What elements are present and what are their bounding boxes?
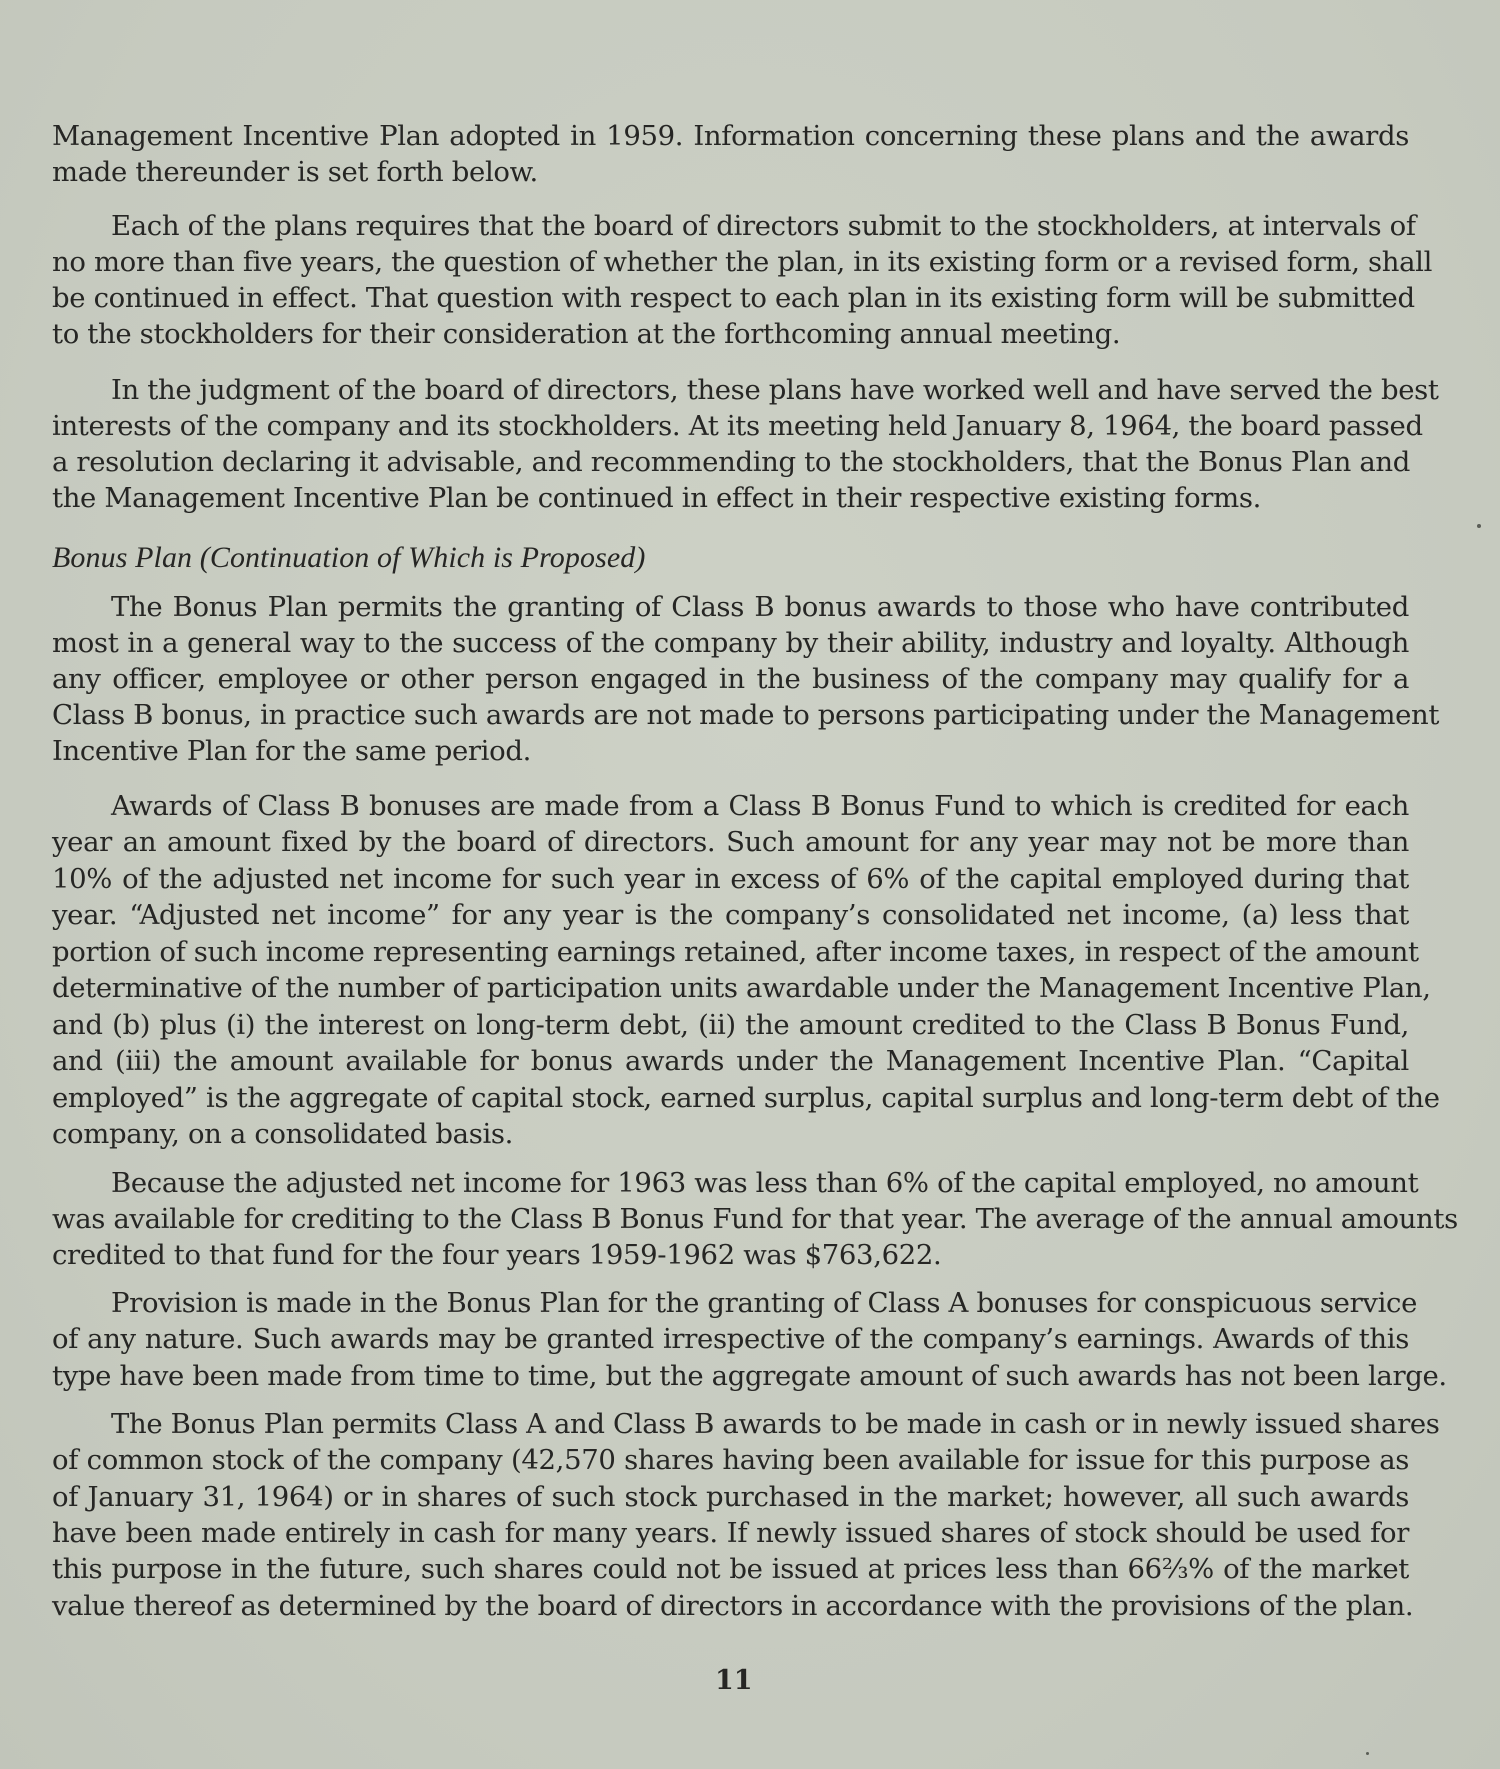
text-line: Incentive Plan for the same period. [52, 733, 1409, 769]
text-line: value thereof as determined by the board… [52, 1588, 1409, 1624]
document-page: Management Incentive Plan adopted in 195… [0, 0, 1500, 1769]
text-line: The Bonus Plan permits the granting of C… [111, 589, 1409, 625]
text-line: a resolution declaring it advisable, and… [52, 444, 1409, 480]
text-line: be continued in effect. That question wi… [52, 280, 1409, 316]
page-number: 11 [715, 1663, 753, 1699]
text-line: of January 31, 1964) or in shares of suc… [52, 1479, 1409, 1515]
text-line: made thereunder is set forth below. [52, 154, 1409, 190]
text-line: employed” is the aggregate of capital st… [52, 1080, 1409, 1116]
text-line: to the stockholders for their considerat… [52, 316, 1409, 352]
section-heading: Bonus Plan (Continuation of Which is Pro… [52, 540, 645, 576]
text-line: In the judgment of the board of director… [111, 372, 1409, 408]
text-line: the Management Incentive Plan be continu… [52, 480, 1409, 516]
text-line: year. “Adjusted net income” for any year… [52, 897, 1409, 933]
text-line: most in a general way to the success of … [52, 625, 1409, 661]
text-line: of any nature. Such awards may be grante… [52, 1321, 1409, 1357]
text-line: no more than five years, the question of… [52, 244, 1409, 280]
text-line: this purpose in the future, such shares … [52, 1551, 1409, 1587]
text-line: company, on a consolidated basis. [52, 1116, 1409, 1152]
text-line: year an amount fixed by the board of dir… [52, 824, 1409, 860]
text-line: any officer, employee or other person en… [52, 661, 1409, 697]
text-line: Because the adjusted net income for 1963… [111, 1165, 1409, 1201]
scan-speck [1366, 1752, 1369, 1755]
text-line: and (b) plus (i) the interest on long-te… [52, 1007, 1409, 1043]
text-line: Each of the plans requires that the boar… [111, 208, 1409, 244]
text-line: determinative of the number of participa… [52, 970, 1409, 1006]
text-line: credited to that fund for the four years… [52, 1237, 1409, 1273]
text-line: The Bonus Plan permits Class A and Class… [111, 1406, 1409, 1442]
text-line: of common stock of the company (42,570 s… [52, 1442, 1409, 1478]
text-line: interests of the company and its stockho… [52, 408, 1409, 444]
scan-speck [1477, 524, 1481, 528]
text-line: Management Incentive Plan adopted in 195… [52, 118, 1409, 154]
text-line: Provision is made in the Bonus Plan for … [111, 1285, 1409, 1321]
text-line: type have been made from time to time, b… [52, 1358, 1409, 1394]
text-line: was available for crediting to the Class… [52, 1201, 1409, 1237]
text-line: and (iii) the amount available for bonus… [52, 1043, 1409, 1079]
text-line: portion of such income representing earn… [52, 934, 1409, 970]
text-line: Awards of Class B bonuses are made from … [111, 788, 1409, 824]
text-line: have been made entirely in cash for many… [52, 1515, 1409, 1551]
text-line: 10% of the adjusted net income for such … [52, 861, 1409, 897]
text-line: Class B bonus, in practice such awards a… [52, 697, 1409, 733]
